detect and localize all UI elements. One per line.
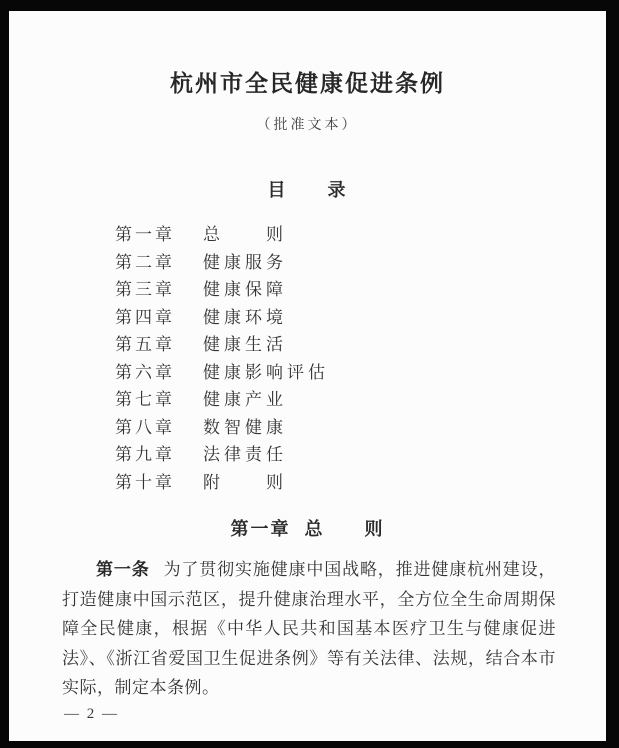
- toc-chapter-title: 健康产业: [203, 385, 287, 410]
- chapter-title: 总 则: [305, 519, 385, 539]
- toc-chapter-label: 第五章: [115, 330, 187, 355]
- toc-chapter-label: 第三章: [115, 275, 187, 300]
- toc-chapter-title: 健康生活: [203, 330, 287, 355]
- toc-chapter-title: 附 则: [203, 468, 287, 493]
- toc-chapter-label: 第四章: [115, 303, 187, 328]
- toc-chapter-title: 法律责任: [203, 440, 287, 465]
- chapter-heading: 第一章总 则: [9, 515, 606, 541]
- toc-chapter-title: 健康服务: [203, 248, 287, 273]
- toc-item: 第四章 健康环境: [115, 303, 606, 331]
- toc-chapter-title: 健康影响评估: [203, 358, 329, 383]
- toc-item: 第二章 健康服务: [115, 248, 606, 276]
- toc-chapter-label: 第二章: [115, 248, 187, 273]
- toc-item: 第八章 数智健康: [115, 413, 606, 441]
- toc-list: 第一章 总 则 第二章 健康服务 第三章 健康保障 第四章 健康环境 第五章 健…: [115, 220, 606, 495]
- toc-chapter-label: 第一章: [115, 220, 187, 245]
- toc-chapter-label: 第七章: [115, 385, 187, 410]
- article-text: 为了贯彻实施健康中国战略，推进健康杭州建设，打造健康中国示范区，提升健康治理水平…: [62, 560, 556, 697]
- page-number: — 2 —: [64, 706, 606, 723]
- toc-chapter-title: 数智健康: [203, 413, 287, 438]
- toc-item: 第六章 健康影响评估: [115, 358, 606, 386]
- document-page: 杭州市全民健康促进条例 （批准文本） 目 录 第一章 总 则 第二章 健康服务 …: [9, 11, 606, 741]
- toc-item: 第五章 健康生活: [115, 330, 606, 358]
- toc-chapter-label: 第八章: [115, 413, 187, 438]
- toc-title: 目 录: [9, 176, 606, 202]
- toc-chapter-label: 第六章: [115, 358, 187, 383]
- toc-item: 第九章 法律责任: [115, 440, 606, 468]
- toc-chapter-title: 健康环境: [203, 303, 287, 328]
- toc-chapter-title: 总 则: [203, 220, 287, 245]
- toc-chapter-label: 第九章: [115, 440, 187, 465]
- toc-item: 第一章 总 则: [115, 220, 606, 248]
- article-number: 第一条: [96, 560, 164, 579]
- chapter-number: 第一章: [231, 519, 291, 539]
- toc-chapter-label: 第十章: [115, 468, 187, 493]
- toc-chapter-title: 健康保障: [203, 275, 287, 300]
- scan-border-frame: 杭州市全民健康促进条例 （批准文本） 目 录 第一章 总 则 第二章 健康服务 …: [0, 0, 619, 748]
- toc-item: 第七章 健康产业: [115, 385, 606, 413]
- document-title: 杭州市全民健康促进条例: [9, 65, 606, 98]
- article-paragraph: 第一条为了贯彻实施健康中国战略，推进健康杭州建设，打造健康中国示范区，提升健康治…: [62, 555, 556, 703]
- toc-item: 第三章 健康保障: [115, 275, 606, 303]
- document-subtitle: （批准文本）: [9, 114, 606, 134]
- toc-item: 第十章 附 则: [115, 468, 606, 496]
